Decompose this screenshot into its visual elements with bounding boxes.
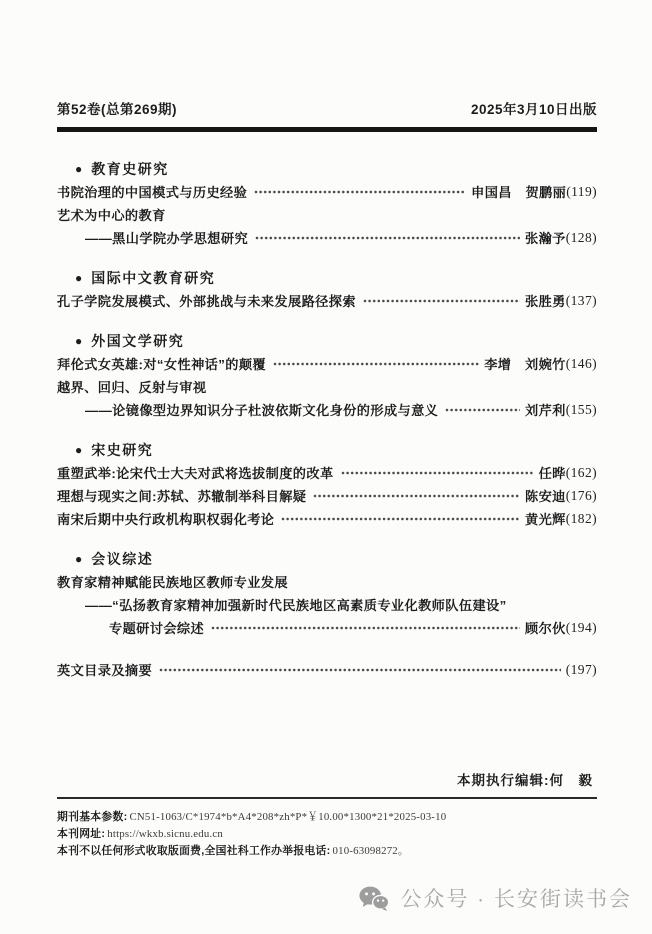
section-header: ● 外国文学研究: [57, 329, 597, 352]
page-number: (197): [566, 662, 597, 678]
article-authors: 顾尔伙: [525, 618, 566, 637]
watermark: 公众号 · 长安街读书会: [0, 883, 632, 913]
article-title: 教育家精神赋能民族地区教师专业发展: [57, 572, 288, 591]
toc-section-foreign-literature: ● 外国文学研究 拜伦式女英雄:对“女性神话”的颠覆 李增 刘婉竹 (146) …: [57, 329, 597, 421]
page-number: (194): [566, 620, 597, 636]
toc-row: 拜伦式女英雄:对“女性神话”的颠覆 李增 刘婉竹 (146): [57, 352, 597, 375]
dotted-leader: [363, 296, 520, 308]
parameters-value: CN51-1063/C*1974*b*A4*208*zh*P*￥10.00*13…: [129, 809, 446, 824]
toc-row: ——黑山学院办学思想研究 张瀚予 (128): [57, 226, 597, 249]
article-authors: 申国昌 贺鹏丽: [471, 182, 566, 201]
toc-row: 南宋后期中央行政机构职权弱化考论 黄光辉 (182): [57, 507, 597, 530]
section-title: 宋史研究: [91, 440, 153, 460]
journal-notice-line: 本刊不以任何形式收取版面费,全国社科工作办举报电话: 010-63098272。: [57, 842, 597, 859]
dotted-leader: [281, 514, 520, 526]
article-authors: 黄光辉: [525, 509, 566, 528]
dotted-leader: [341, 468, 534, 480]
article-title: 书院治理的中国模式与历史经验: [57, 182, 247, 201]
dotted-leader: [159, 665, 561, 677]
bullet-icon: ●: [75, 552, 82, 566]
article-authors: 张瀚予: [525, 228, 566, 247]
section-header: ● 会议综述: [57, 547, 597, 570]
toc-row: 艺术为中心的教育: [57, 203, 597, 226]
page-number: (128): [566, 230, 597, 246]
section-header: ● 教育史研究: [57, 157, 597, 180]
section-title: 会议综述: [91, 549, 153, 569]
bullet-icon: ●: [75, 271, 82, 285]
page-number: (137): [566, 293, 597, 309]
article-subtitle: 专题研讨会综述: [57, 618, 204, 637]
publish-date-label: 2025年3月10日出版: [471, 98, 597, 118]
page-number: (182): [566, 511, 597, 527]
dotted-leader: [255, 233, 520, 245]
toc-row: 专题研讨会综述 顾尔伙 (194): [57, 616, 597, 639]
bullet-icon: ●: [75, 334, 82, 348]
toc-row-english-abstracts: 英文目录及摘要 (197): [57, 658, 597, 681]
wechat-icon: [359, 886, 389, 911]
section-title: 教育史研究: [91, 159, 169, 179]
dotted-leader: [273, 359, 479, 371]
article-authors: 陈安迪: [525, 486, 566, 505]
article-subtitle: ——论镜像型边界知识分子杜波依斯文化身份的形成与意义: [57, 400, 438, 419]
dotted-leader: [313, 491, 520, 503]
journal-toc-page: 第52卷(总第269期) 2025年3月10日出版 ● 教育史研究 书院治理的中…: [0, 0, 652, 934]
article-title: 理想与现实之间:苏轼、苏辙制举科目解疑: [57, 486, 306, 505]
page-number: (146): [566, 356, 597, 372]
footer-divider: [57, 797, 597, 799]
dotted-leader: [445, 405, 520, 417]
article-title: 拜伦式女英雄:对“女性神话”的颠覆: [57, 354, 266, 373]
toc-row: 理想与现实之间:苏轼、苏辙制举科目解疑 陈安迪 (176): [57, 484, 597, 507]
journal-parameters-line: 期刊基本参数: CN51-1063/C*1974*b*A4*208*zh*P*￥…: [57, 808, 597, 825]
section-header: ● 宋史研究: [57, 438, 597, 461]
toc-section-education-history: ● 教育史研究 书院治理的中国模式与历史经验 申国昌 贺鹏丽 (119) 艺术为…: [57, 157, 597, 249]
notice-label: 本刊不以任何形式收取版面费,全国社科工作办举报电话:: [57, 843, 331, 858]
toc-section-conference-review: ● 会议综述 教育家精神赋能民族地区教师专业发展 ——“弘扬教育家精神加强新时代…: [57, 547, 597, 639]
article-title: 南宋后期中央行政机构职权弱化考论: [57, 509, 274, 528]
executive-editor-line: 本期执行编辑:何 毅: [57, 767, 597, 790]
article-authors: 刘芹利: [525, 400, 566, 419]
article-authors: 张胜勇: [525, 291, 566, 310]
article-subtitle: ——“弘扬教育家精神加强新时代民族地区高素质专业化教师队伍建设”: [57, 595, 507, 614]
section-header: ● 国际中文教育研究: [57, 266, 597, 289]
toc-section-song-history: ● 宋史研究 重塑武举:论宋代士大夫对武将选拔制度的改革 任晔 (162) 理想…: [57, 438, 597, 530]
bullet-icon: ●: [75, 162, 82, 176]
journal-website-line: 本刊网址: https://wkxb.sicnu.edu.cn: [57, 825, 597, 842]
page-number: (119): [566, 184, 597, 200]
page-number: (162): [566, 465, 597, 481]
dotted-leader: [254, 187, 466, 199]
article-title: 艺术为中心的教育: [57, 205, 166, 224]
header-divider: [57, 127, 597, 132]
toc-row: ——“弘扬教育家精神加强新时代民族地区高素质专业化教师队伍建设”: [57, 593, 597, 616]
toc-row: 重塑武举:论宋代士大夫对武将选拔制度的改革 任晔 (162): [57, 461, 597, 484]
watermark-text: 公众号 · 长安街读书会: [400, 883, 632, 913]
toc-row: 孔子学院发展模式、外部挑战与未来发展路径探索 张胜勇 (137): [57, 289, 597, 312]
parameters-label: 期刊基本参数:: [57, 809, 127, 824]
executive-editor-text: 本期执行编辑:何 毅: [457, 769, 593, 789]
journal-footer: 期刊基本参数: CN51-1063/C*1974*b*A4*208*zh*P*￥…: [57, 808, 597, 859]
page-number: (155): [566, 402, 597, 418]
article-title: 重塑武举:论宋代士大夫对武将选拔制度的改革: [57, 463, 334, 482]
toc-row: 书院治理的中国模式与历史经验 申国昌 贺鹏丽 (119): [57, 180, 597, 203]
notice-phone: 010-63098272。: [333, 843, 409, 858]
website-url: https://wkxb.sicnu.edu.cn: [107, 828, 223, 840]
section-title: 国际中文教育研究: [91, 268, 215, 288]
article-authors: 任晔: [539, 463, 566, 482]
page-header: 第52卷(总第269期) 2025年3月10日出版: [57, 98, 597, 118]
article-subtitle: ——黑山学院办学思想研究: [57, 228, 248, 247]
toc-section-intl-chinese-education: ● 国际中文教育研究 孔子学院发展模式、外部挑战与未来发展路径探索 张胜勇 (1…: [57, 266, 597, 312]
volume-issue-label: 第52卷(总第269期): [57, 98, 177, 118]
toc-row: ——论镜像型边界知识分子杜波依斯文化身份的形成与意义 刘芹利 (155): [57, 398, 597, 421]
bullet-icon: ●: [75, 443, 82, 457]
website-label: 本刊网址:: [57, 826, 105, 841]
article-authors: 李增 刘婉竹: [484, 354, 566, 373]
page-number: (176): [566, 488, 597, 504]
article-title: 英文目录及摘要: [57, 660, 152, 679]
dotted-leader: [211, 623, 520, 635]
article-title: 孔子学院发展模式、外部挑战与未来发展路径探索: [57, 291, 356, 310]
toc-row: 越界、回归、反射与审视: [57, 375, 597, 398]
section-title: 外国文学研究: [91, 331, 184, 351]
toc-row: 教育家精神赋能民族地区教师专业发展: [57, 570, 597, 593]
article-title: 越界、回归、反射与审视: [57, 377, 206, 396]
